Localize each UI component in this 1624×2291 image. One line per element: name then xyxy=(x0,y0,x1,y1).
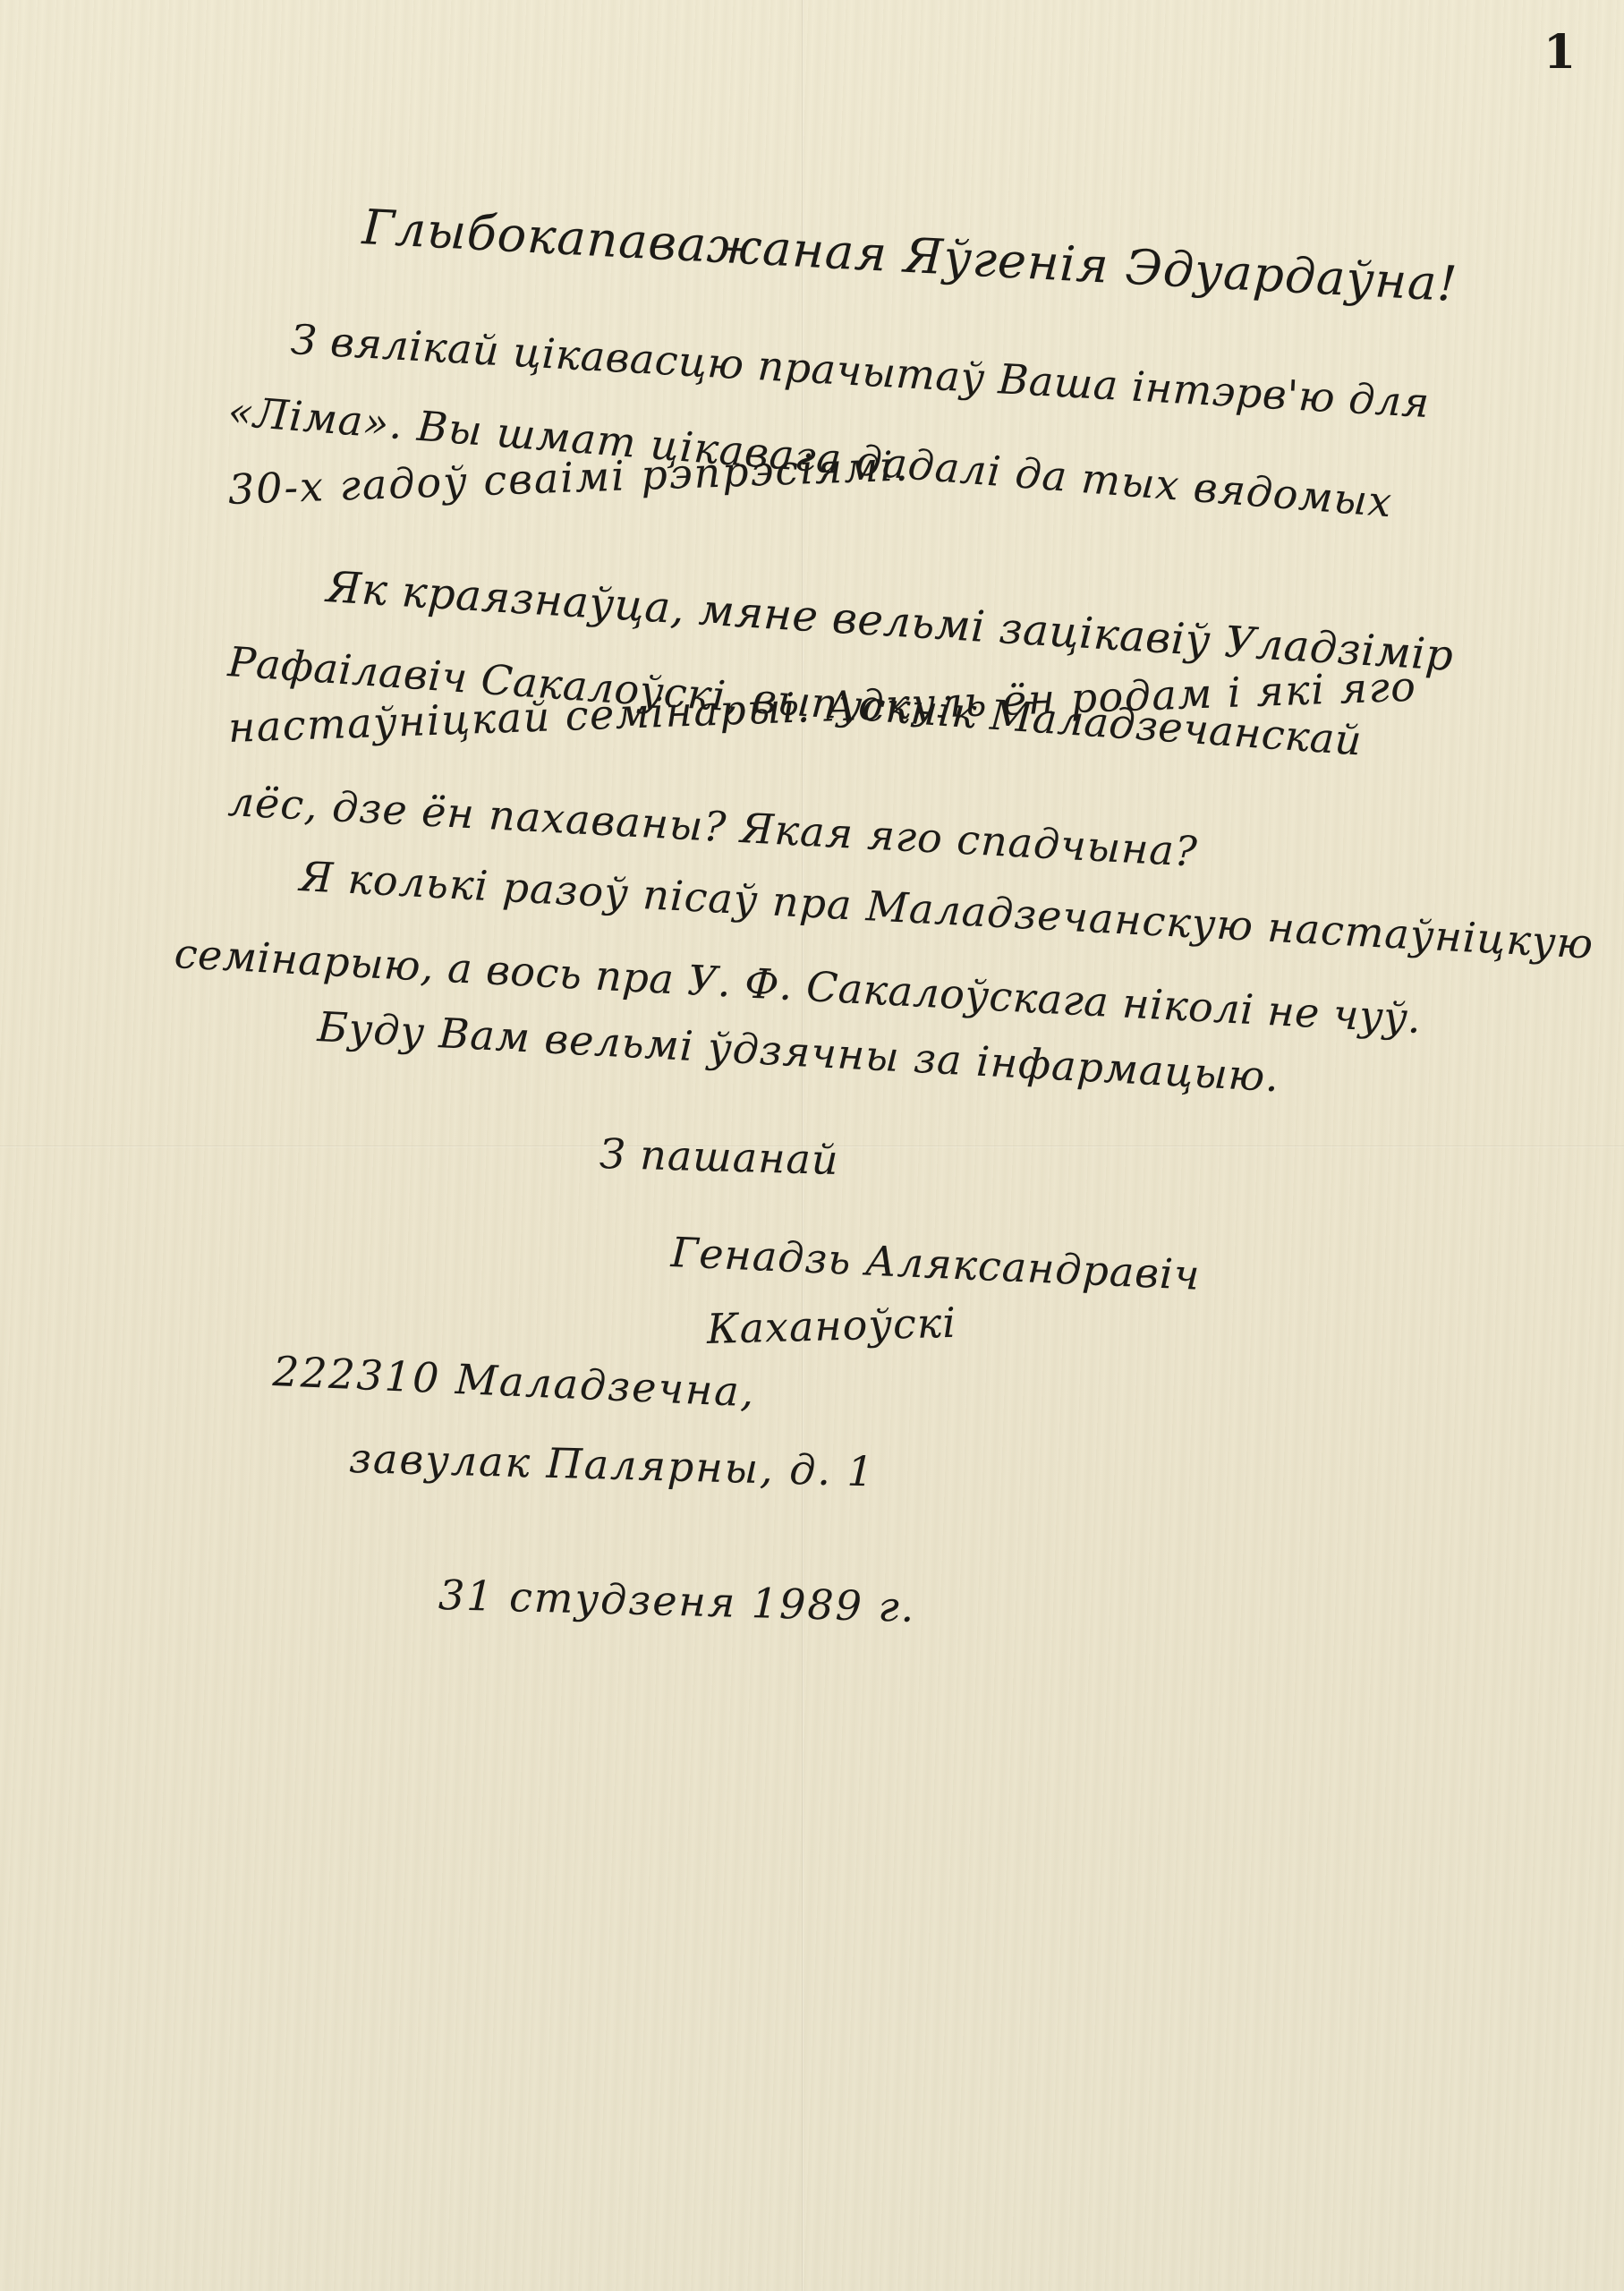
closing-phrase: З пашанай xyxy=(599,1129,839,1184)
signature-name: Генадзь Аляксандравіч xyxy=(670,1228,1202,1299)
letter-date: 31 студзеня 1989 г. xyxy=(438,1571,916,1631)
salutation: Глыбокапаважаная Яўгенія Эдуардаўна! xyxy=(361,199,1458,312)
address-line-2: завулак Палярны, д. 1 xyxy=(348,1434,875,1495)
address-line-1: 222310 Маладзечна, xyxy=(272,1347,757,1416)
signature-surname: Каханоўскі xyxy=(706,1299,957,1353)
letter-page: 1 Глыбокапаважаная Яўгенія Эдуардаўна! З… xyxy=(0,0,1624,2291)
page-number: 1 xyxy=(1543,25,1577,80)
